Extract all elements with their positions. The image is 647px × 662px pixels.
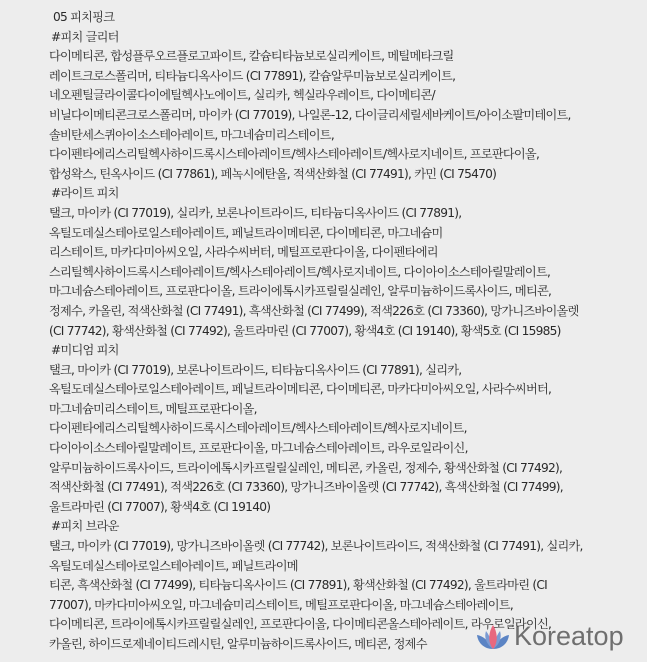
- ingredient-line: 정제수, 카올린, 적색산화철 (CI 77491), 흑색산화철 (CI 77…: [49, 302, 639, 322]
- ingredient-line: 스리틸헥사하이드록시스테아레이트/헥사스테아레이트/헥사로지네이트, 다이아이소…: [49, 263, 639, 283]
- ingredient-line: 적색산화철 (CI 77491), 적색226호 (CI 73360), 망가니…: [49, 478, 639, 498]
- ingredient-line: 탤크, 마이카 (CI 77019), 망가니즈바이올렛 (CI 77742),…: [49, 537, 639, 557]
- ingredient-line: 솔비탄세스퀴아이소스테아레이트, 마그네슘미리스테이트,: [49, 126, 639, 146]
- ingredient-line: 77007), 마카다미아씨오일, 마그네슘미리스테이트, 메틸프로판다이올, …: [49, 596, 639, 616]
- ingredient-line: 옥틸도데실스테아로일스테아레이트, 페닐트라이메: [49, 557, 639, 577]
- ingredient-line: 옥틸도데실스테아로일스테아레이트, 페닐트라이메티콘, 다이메티콘, 마카다미아…: [49, 380, 639, 400]
- ingredient-line: 탤크, 마이카 (CI 77019), 보론나이트라이드, 티타늄디옥사이드 (…: [49, 361, 639, 381]
- watermark-logo: Koreatop: [476, 621, 624, 652]
- ingredient-line: 알루미늄하이드록사이드, 트라이에톡시카프릴릴실레인, 메티콘, 카올린, 정제…: [49, 459, 639, 479]
- ingredient-line: 다이메티콘, 합성플루오르플로고파이트, 칼슘티타늄보로실리케이트, 메틸메타크…: [49, 47, 639, 67]
- ingredient-line: 마그네슘스테아레이트, 프로판다이올, 트라이에톡시카프릴릴실레인, 알루미늄하…: [49, 282, 639, 302]
- ingredient-line: 울트라마린 (CI 77007), 황색4호 (CI 19140): [49, 498, 639, 518]
- ingredient-line: 옥틸도데실스테아로일스테아레이트, 페닐트라이메티콘, 다이메티콘, 마그네슘미: [49, 224, 639, 244]
- ingredient-line: 다이펜타에리스리틸헥사하이드록시스테아레이트/헥사스테아레이트/헥사로지네이트,…: [49, 145, 639, 165]
- ingredient-line: 마그네슘미리스테이트, 메틸프로판다이올,: [49, 400, 639, 420]
- ingredient-line: 탤크, 마이카 (CI 77019), 실리카, 보론나이트라이드, 티타늄디옥…: [49, 204, 639, 224]
- section-heading: #라이트 피치: [49, 184, 639, 204]
- ingredient-line: 다이아이소스테아릴말레이트, 프로판다이올, 마그네슘스테아레이트, 라우로일라…: [49, 439, 639, 459]
- sections-container: #피치 글리터다이메티콘, 합성플루오르플로고파이트, 칼슘티타늄보로실리케이트…: [49, 28, 639, 655]
- product-title: 05 피치핑크: [49, 8, 639, 28]
- ingredient-line: 네오펜틸글라이콜다이에틸헥사노에이트, 실리카, 헥실라우레이트, 다이메티콘/: [49, 86, 639, 106]
- section-heading: #미디엄 피치: [49, 341, 639, 361]
- section-heading: #피치 글리터: [49, 28, 639, 48]
- ingredient-line: 리스테이트, 마카다미아씨오일, 사라수씨버터, 메틸프로판다이올, 다이펜타에…: [49, 243, 639, 263]
- ingredient-line: 다이펜타에리스리틸헥사하이드록시스테아레이트/헥사스테아레이트/헥사로지네이트,: [49, 419, 639, 439]
- ingredient-line: 레이트크로스폴리머, 티타늄디옥사이드 (CI 77891), 칼슘알루미늄보로…: [49, 67, 639, 87]
- lotus-icon: [476, 623, 510, 651]
- ingredient-line: 비닐다이메티콘크로스폴리머, 마이카 (CI 77019), 나일론-12, 다…: [49, 106, 639, 126]
- logo-text: Koreatop: [514, 621, 624, 652]
- ingredient-document: 05 피치핑크 #피치 글리터다이메티콘, 합성플루오르플로고파이트, 칼슘티타…: [49, 8, 639, 655]
- ingredient-line: (CI 77742), 황색산화철 (CI 77492), 울트라마린 (CI …: [49, 322, 639, 342]
- ingredient-line: 합성왁스, 틴옥사이드 (CI 77861), 페녹시에탄올, 적색산화철 (C…: [49, 165, 639, 185]
- ingredient-line: 티콘, 흑색산화철 (CI 77499), 티타늄디옥사이드 (CI 77891…: [49, 576, 639, 596]
- section-heading: #피치 브라운: [49, 517, 639, 537]
